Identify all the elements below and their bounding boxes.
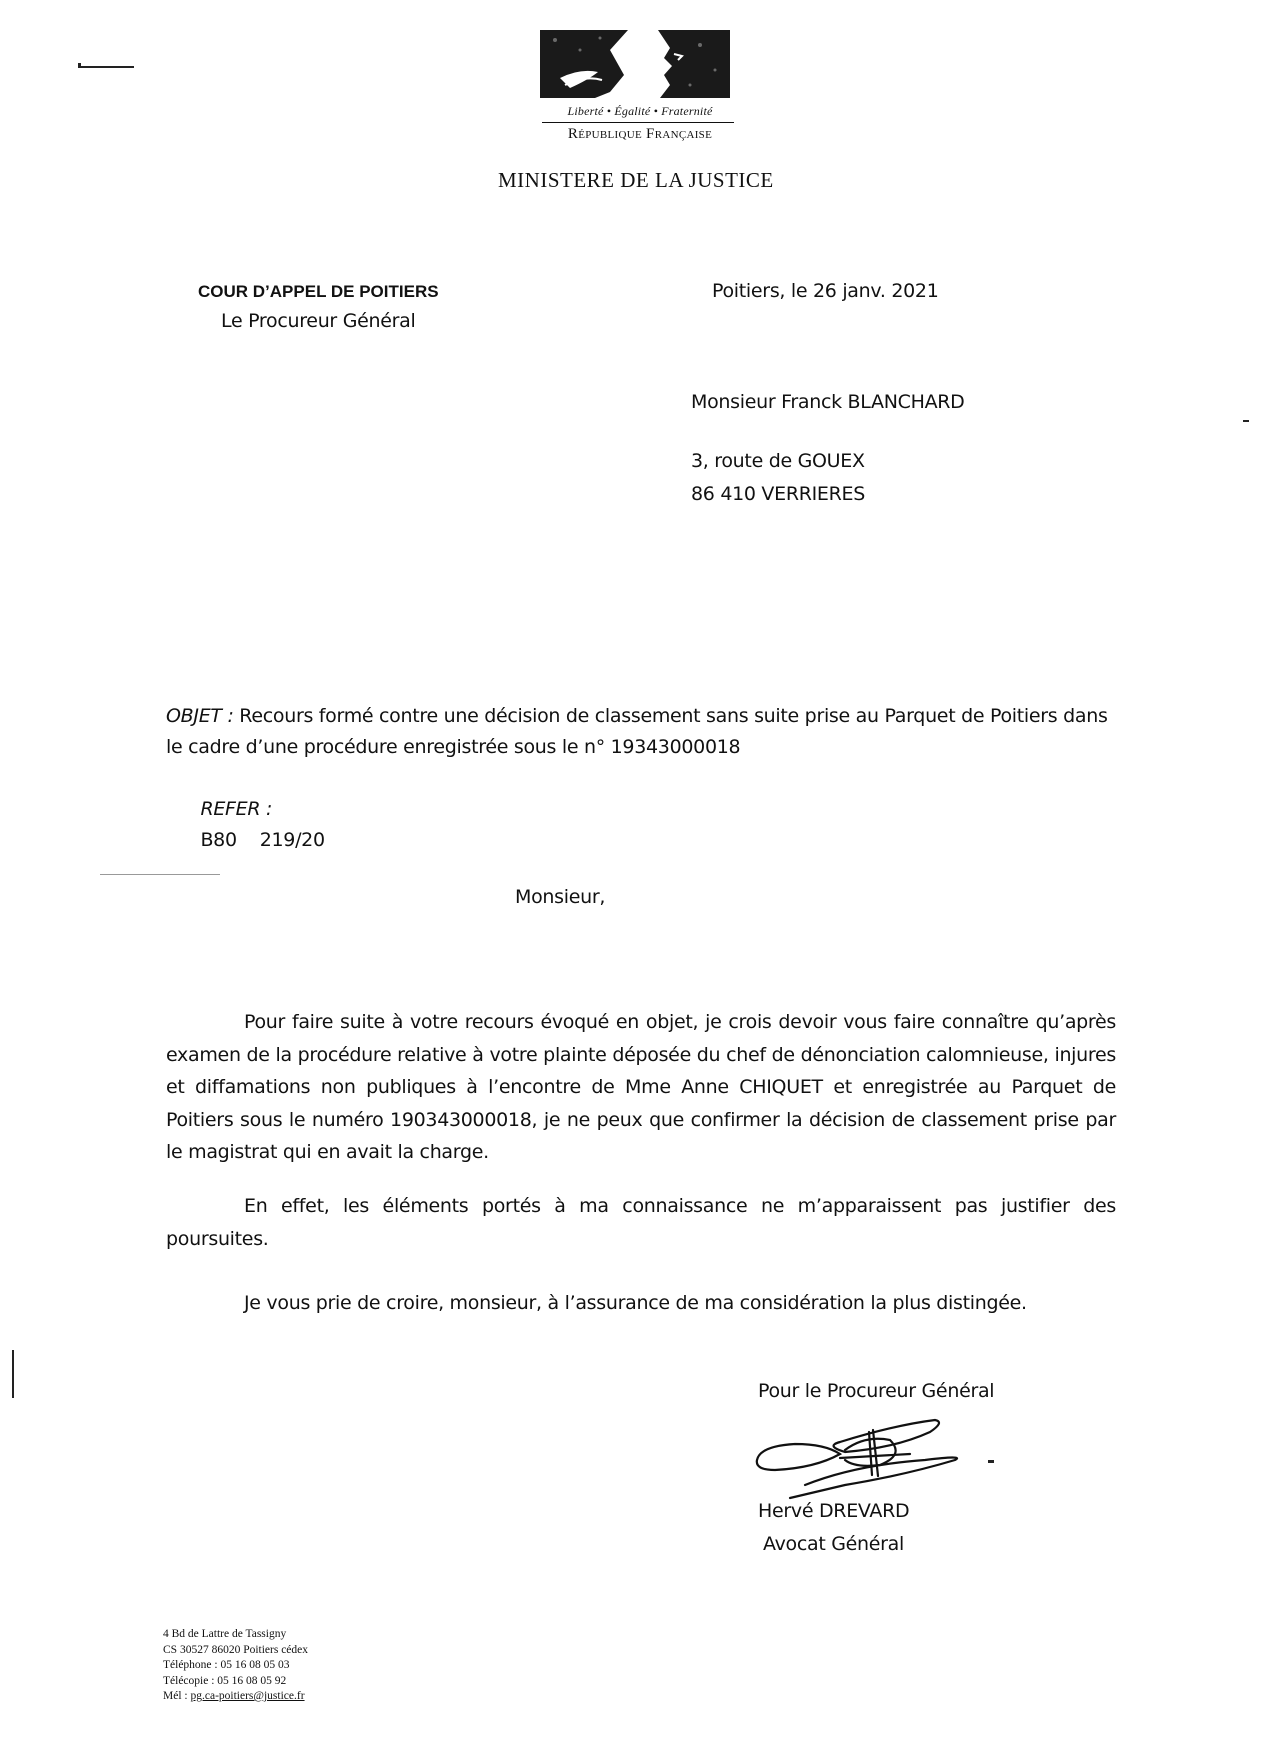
signer-title: Avocat Général (763, 1533, 904, 1555)
republic-motto: Liberté • Égalité • Fraternité (540, 104, 740, 119)
divider (542, 122, 734, 123)
recipient-city: 86 410 VERRIERES (691, 483, 865, 505)
refer-text: B80 219/20 (200, 829, 324, 851)
recipient-name: Monsieur Franck BLANCHARD (691, 391, 965, 413)
scan-artifact (12, 1350, 14, 1398)
subject-block: OBJET : Recours formé contre une décisio… (166, 701, 1126, 887)
objet-label: OBJET : (166, 705, 234, 727)
scan-artifact (988, 1460, 994, 1463)
scan-artifact (1243, 420, 1249, 422)
ministry-title: MINISTERE DE LA JUSTICE (498, 168, 774, 193)
objet-text: Recours formé contre une décision de cla… (166, 705, 1108, 758)
objet-line: OBJET : Recours formé contre une décisio… (166, 701, 1126, 763)
letter-page: Liberté • Égalité • Fraternité Républiqu… (0, 0, 1275, 1755)
paragraph-text: En effet, les éléments portés à ma conna… (166, 1195, 1116, 1250)
refer-line: REFER : B80 219/20 (166, 763, 1126, 887)
footer-postal: CS 30527 86020 Poitiers cédex (163, 1643, 308, 1659)
footer-fax: Télécopie : 05 16 08 05 92 (163, 1674, 308, 1690)
email-link[interactable]: pg.ca-poitiers@justice.fr (190, 1690, 304, 1702)
footer-address: 4 Bd de Lattre de Tassigny (163, 1627, 308, 1643)
sender-office: Le Procureur Général (221, 310, 415, 332)
salutation: Monsieur, (515, 886, 605, 908)
recipient-street: 3, route de GOUEX (691, 450, 865, 472)
scan-artifact (78, 63, 81, 67)
footer-phone: Téléphone : 05 16 08 05 03 (163, 1658, 308, 1674)
paragraph-text: Je vous prie de croire, monsieur, à l’as… (244, 1292, 1027, 1314)
handwritten-signature-icon (745, 1410, 975, 1505)
signature-on-behalf: Pour le Procureur Général (758, 1380, 994, 1402)
republic-name: République Française (540, 126, 740, 143)
marianne-logo-icon (540, 30, 730, 100)
signer-name: Hervé DREVARD (758, 1500, 909, 1522)
letter-date: Poitiers, le 26 janv. 2021 (712, 280, 938, 302)
court-name: COUR D’APPEL DE POITIERS (198, 282, 439, 302)
body-paragraph: En effet, les éléments portés à ma conna… (166, 1190, 1116, 1255)
footer-contact: 4 Bd de Lattre de Tassigny CS 30527 8602… (163, 1627, 308, 1705)
email-label: Mél : (163, 1690, 190, 1702)
body-paragraph: Pour faire suite à votre recours évoqué … (166, 1006, 1116, 1169)
body-paragraph: Je vous prie de croire, monsieur, à l’as… (166, 1287, 1116, 1320)
paragraph-text: Pour faire suite à votre recours évoqué … (166, 1011, 1116, 1163)
footer-email-line: Mél : pg.ca-poitiers@justice.fr (163, 1689, 308, 1705)
scan-artifact (78, 66, 134, 68)
refer-label: REFER : (200, 798, 272, 820)
